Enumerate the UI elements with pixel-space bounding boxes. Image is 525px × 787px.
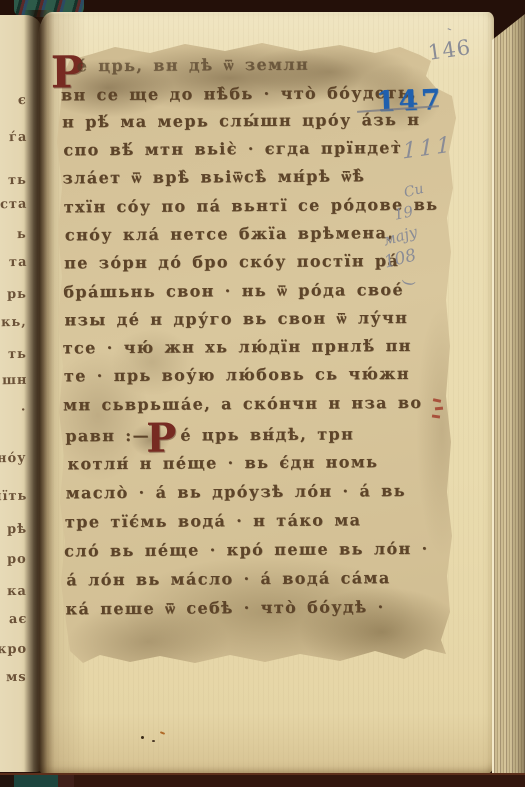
manuscript-text-block: Р е́ црь, вн дѣ ѿ землн вн се ще до нѣ̀б… bbox=[0, 0, 525, 787]
manuscript-line: масло̀ · а́ вь дро́узѣ ло́н · а́ вь bbox=[66, 481, 406, 502]
manuscript-line: котлн́ н пе́ще · вь є́дн номь bbox=[67, 452, 378, 473]
manuscript-photo: є ѓа ть ста ь та рь кь, ть шн · но́у пїт… bbox=[0, 0, 525, 787]
manuscript-line: сло́ вь пе́ще · кро́ пеше вь ло́н · bbox=[64, 539, 429, 561]
ink-speck bbox=[141, 736, 144, 739]
manuscript-line: зла́ет ѿ врѣ̀ вьіѿсѣ̀ мн́рѣ ѿѣ̀ bbox=[62, 166, 365, 188]
manuscript-line: ка́ пеше ѿ себѣ · что̀ бо́удѣ · bbox=[65, 597, 384, 619]
ink-speck bbox=[152, 740, 155, 742]
manuscript-line: н рѣ́ ма мерь слы́шн цро́у а́зь н bbox=[62, 110, 420, 132]
manuscript-line: те · прь воу́ю лю́бовь сь чю́жн bbox=[64, 364, 410, 385]
manuscript-line: тхїн со́у по па́ вьнтї се ро́дове вь bbox=[64, 195, 439, 217]
manuscript-line: сно́у кла́ нетсе бжїа врѣмена, bbox=[65, 223, 394, 244]
manuscript-line: пе зо́рн до́ бро ско́у постїн ра́ bbox=[64, 251, 399, 272]
manuscript-line: бра́шьнь свон · нь ѿ ро́да свое́ bbox=[63, 280, 404, 302]
manuscript-line: мн сьврьша́е, а ско́нчн н нза во bbox=[63, 393, 422, 415]
manuscript-line: спо вѣ́ мтн вьіє̀ · єгда прїндет̀ bbox=[63, 138, 402, 159]
manuscript-line: е́ црь вн́дѣ, трн bbox=[180, 424, 354, 444]
manuscript-line: е́ црь, вн дѣ ѿ землн bbox=[77, 55, 310, 77]
manuscript-line: тре тїє́мь вода́ · н та́ко ма bbox=[65, 510, 362, 531]
library-stamp-blue: 147 bbox=[375, 83, 444, 118]
manuscript-line: вн се ще до нѣ̀бь · что̀ бо́удеть, bbox=[61, 83, 417, 104]
manuscript-line: тсе · чю́ жн хь лю́дїн прнлѣ́ пн bbox=[63, 336, 412, 357]
book-bottom-edge bbox=[0, 773, 525, 787]
manuscript-line: а́ ло́н вь ма́сло · а́ вода́ са́ма bbox=[66, 568, 390, 589]
manuscript-line: нзы де́ н дру́го вь свон ѿ лу́чн bbox=[64, 308, 408, 330]
manuscript-line: равн :— bbox=[65, 426, 150, 446]
